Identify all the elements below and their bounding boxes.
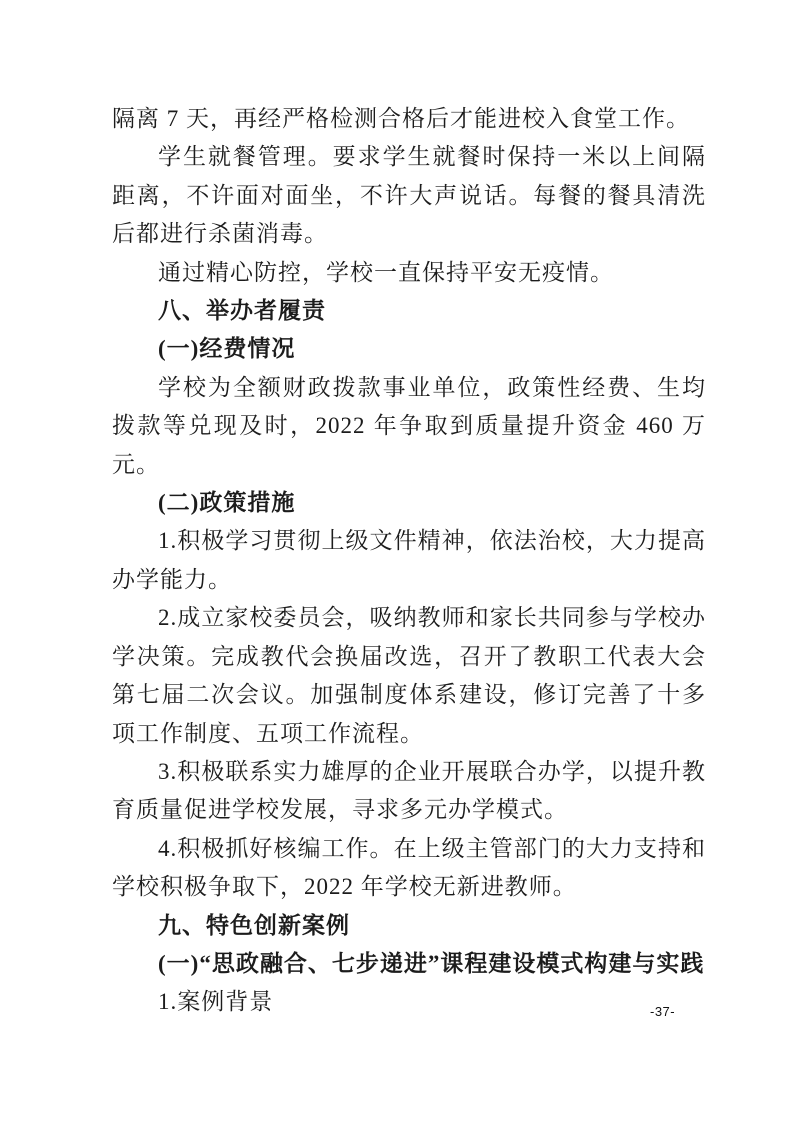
- section-heading: 八、举办者履责: [112, 292, 706, 330]
- section-heading: 九、特色创新案例: [112, 907, 706, 945]
- paragraph: 4.积极抓好核编工作。在上级主管部门的大力支持和学校积极争取下，2022 年学校…: [112, 830, 706, 907]
- page-content: 隔离 7 天，再经严格检测合格后才能进校入食堂工作。学生就餐管理。要求学生就餐时…: [112, 100, 706, 1022]
- document-page: 隔离 7 天，再经严格检测合格后才能进校入食堂工作。学生就餐管理。要求学生就餐时…: [0, 0, 793, 1122]
- paragraph: 1.积极学习贯彻上级文件精神，依法治校，大力提高办学能力。: [112, 522, 706, 599]
- section-heading: (一)“思政融合、七步递进”课程建设模式构建与实践: [112, 945, 706, 983]
- paragraph: 学校为全额财政拨款事业单位，政策性经费、生均拨款等兑现及时，2022 年争取到质…: [112, 369, 706, 484]
- paragraph: 隔离 7 天，再经严格检测合格后才能进校入食堂工作。: [112, 100, 706, 138]
- paragraph: 通过精心防控，学校一直保持平安无疫情。: [112, 254, 706, 292]
- paragraph: 1.案例背景: [112, 983, 706, 1021]
- section-heading: (二)政策措施: [112, 484, 706, 522]
- paragraph: 学生就餐管理。要求学生就餐时保持一米以上间隔距离，不许面对面坐，不许大声说话。每…: [112, 138, 706, 253]
- paragraph: 2.成立家校委员会，吸纳教师和家长共同参与学校办学决策。完成教代会换届改选，召开…: [112, 599, 706, 753]
- section-heading: (一)经费情况: [112, 330, 706, 368]
- page-number: -37-: [650, 1004, 675, 1019]
- paragraph: 3.积极联系实力雄厚的企业开展联合办学，以提升教育质量促进学校发展，寻求多元办学…: [112, 753, 706, 830]
